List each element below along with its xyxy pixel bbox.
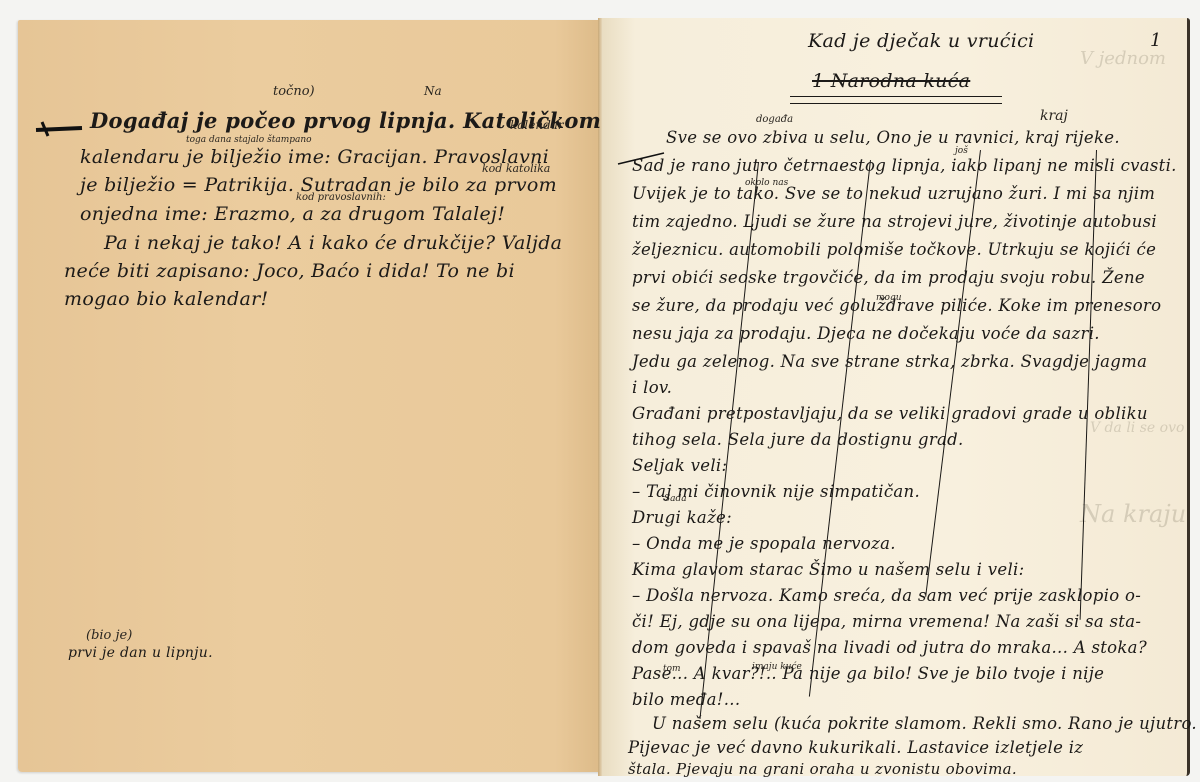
right-line-25: štala. Pjevaju na grani oraha u zvonistu… [628, 760, 1017, 778]
insertion-jos: još [955, 146, 968, 156]
right-line-11: Građani pretpostavljaju, da se veliki gr… [632, 404, 1148, 423]
chapter-underline [790, 96, 1002, 104]
footnote-insert: (bio je) [86, 628, 132, 643]
left-line-4: onjedna ime: Erazmo, a za drugom Talalej… [80, 203, 505, 225]
right-line-9: Jedu ga zelenog. Na sve strane strka, zb… [632, 352, 1147, 371]
right-line-6: prvi obići seoske trgovčiće, da im proda… [632, 268, 1145, 287]
right-line-1: Sve se ovo zbiva u selu, Ono je u ravnic… [666, 128, 1120, 147]
insertion-tocno: točno) [273, 84, 315, 99]
left-line-7: mogao bio kalendar! [64, 288, 268, 310]
manuscript-title: Kad je dječak u vrućici [808, 30, 1034, 52]
right-line-3: Uvijek je to tako. Sve se to nekud uzruj… [632, 184, 1155, 203]
page-number: 1 [1150, 30, 1162, 51]
bleed-through-1: V jednom [1080, 48, 1166, 69]
right-line-20: dom goveda i spavaš na livadi od jutra d… [632, 638, 1147, 657]
chapter-heading: 1 Narodna kuća [812, 70, 970, 92]
insertion-toga-dana: toga dana stajalo štampano [186, 135, 312, 145]
right-line-5: željeznicu. automobili polomiše točkove.… [632, 240, 1156, 259]
left-line-2: kalendaru je bilježio ime: Gracijan. Pra… [80, 146, 549, 168]
right-line-12: tihog sela. Sela jure da dostignu grad. [632, 430, 964, 449]
right-line-13: Seljak veli: [632, 456, 727, 475]
left-line-6: neće biti zapisano: Joco, Baćo i dida! T… [64, 260, 515, 282]
right-line-16: – Onda me je spopala nervoza. [632, 534, 896, 553]
right-line-17: Kima glavom starac Šimo u našem selu i v… [632, 560, 1024, 579]
right-line-18: – Došla nervoza. Kamo sreća, da sam već … [632, 586, 1141, 605]
right-line-4: tim zajedno. Ljudi se žure na strojevi j… [632, 212, 1157, 231]
insertion-kalendar: kalendar [510, 118, 564, 132]
insertion-kod-pravoslavnih: kod pravoslavnih: [296, 192, 386, 203]
right-line-15: Drugi kaže: [632, 508, 732, 527]
right-line-7: se žure, da prodaju već goluždrave pilić… [632, 296, 1161, 315]
right-line-8: nesu jaja za prodaju. Djeca ne dočekaju … [632, 324, 1100, 343]
insertion-na: Na [424, 84, 442, 98]
insertion-kraj: kraj [1040, 108, 1068, 124]
right-line-24: Pijevac je već davno kukurikali. Lastavi… [628, 738, 1083, 757]
bleed-through-2: Na kraju [1080, 500, 1186, 528]
footnote-text: prvi je dan u lipnju. [68, 645, 213, 661]
insertion-dogada: događa [756, 114, 793, 125]
right-line-14: – Taj mi činovnik nije simpatičan. [632, 482, 920, 501]
right-line-23: U našem selu (kuća pokrite slamom. Rekli… [652, 714, 1197, 733]
margin-arrow-icon [34, 118, 86, 140]
left-line-5: Pa i nekaj je tako! A i kako će drukčije… [104, 232, 562, 254]
right-line-22: bilo međa!... [632, 690, 740, 709]
right-line-10: i lov. [632, 378, 672, 397]
